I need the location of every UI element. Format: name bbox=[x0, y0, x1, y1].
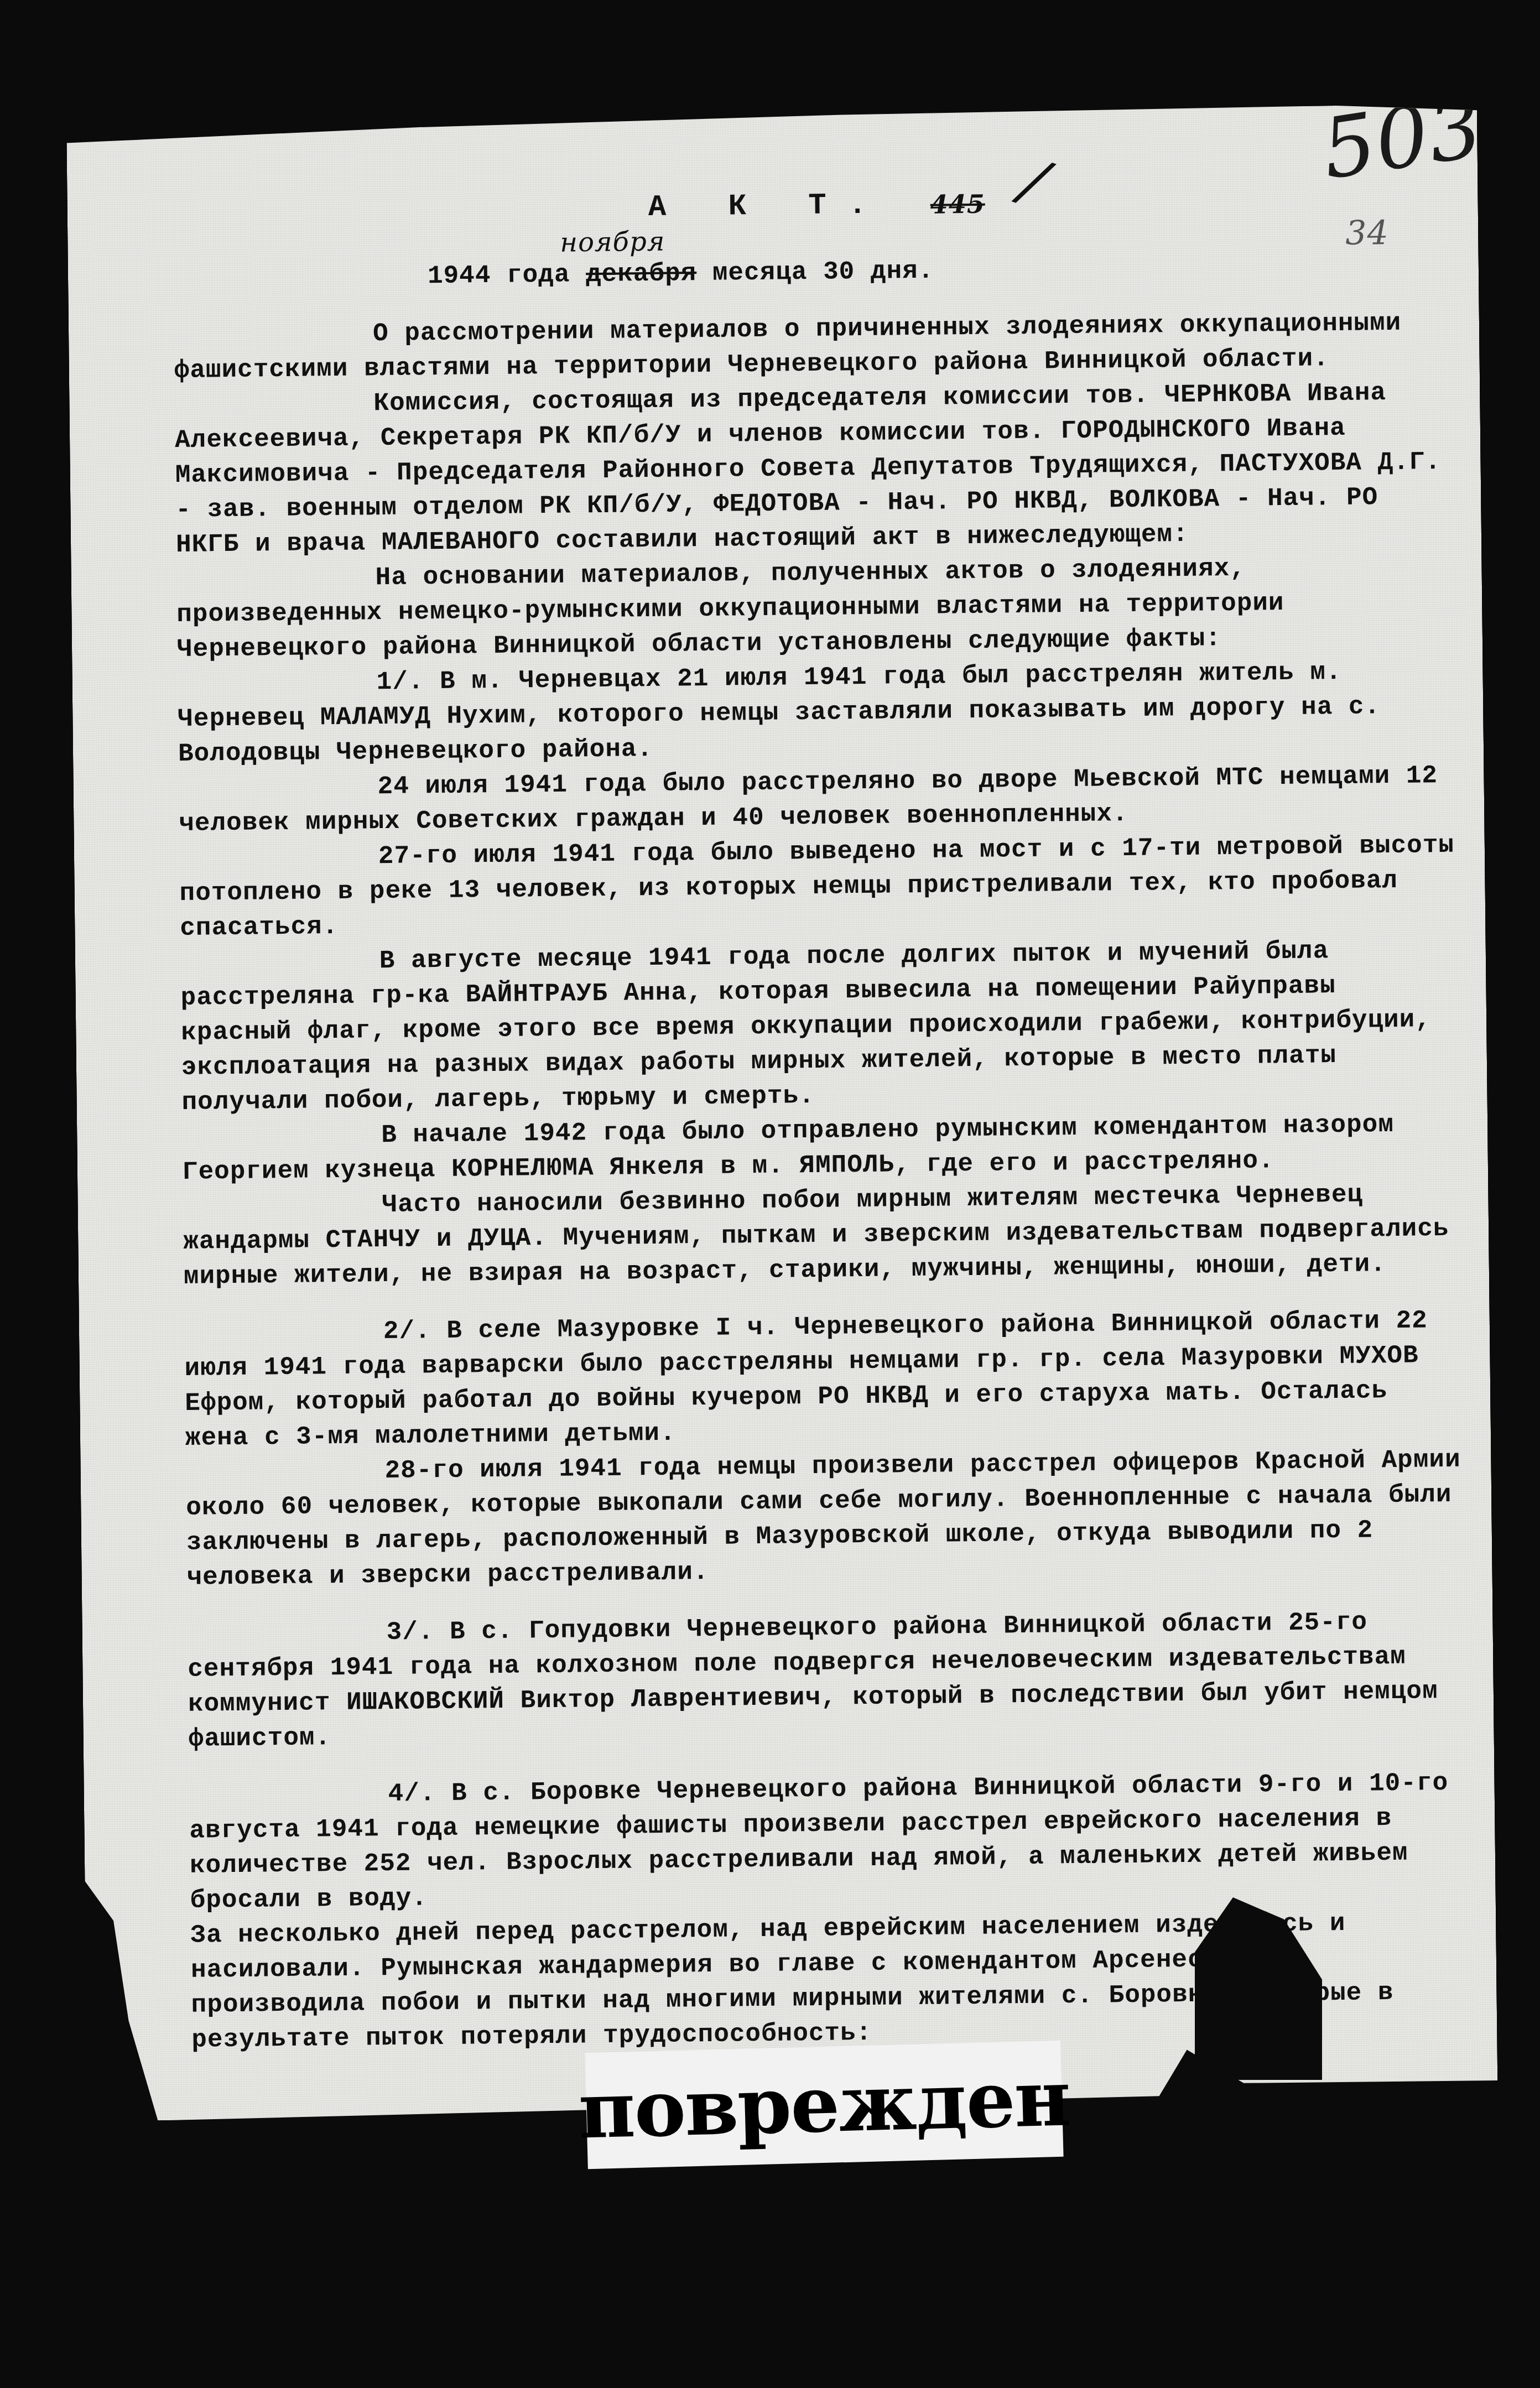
paragraph-item-1d: В августе месяце 1941 года после долгих … bbox=[180, 933, 1460, 1120]
archive-sub-number: 34 bbox=[1345, 216, 1389, 251]
paragraph-item-2: 2/. В селе Мазуровке I ч. Черневецкого р… bbox=[184, 1303, 1464, 1456]
paragraph-item-1c: 27-го июля 1941 года было выведено на мо… bbox=[179, 828, 1458, 946]
paragraph-basis: На основании материалов, полученных акто… bbox=[176, 549, 1455, 667]
paragraph-item-3: 3/. В с. Гопудовки Черневецкого района В… bbox=[187, 1604, 1466, 1757]
paragraph-item-1b: 24 июля 1941 года было расстреляно во дв… bbox=[178, 758, 1456, 841]
date-rest: месяца 30 дня. bbox=[712, 257, 934, 288]
paragraph-item-2b: 28-го июля 1941 года немцы произвели рас… bbox=[185, 1443, 1465, 1595]
paragraph-item-1f: Часто наносили безвинно побои мирным жит… bbox=[183, 1177, 1461, 1294]
document-title: А К Т. bbox=[648, 188, 888, 225]
damaged-stamp: поврежден bbox=[585, 2041, 1063, 2169]
struck-number: 445 bbox=[930, 187, 985, 222]
archive-folio-number: 503 bbox=[1320, 110, 1484, 168]
paragraph-item-1e: В начале 1942 года было отправлено румын… bbox=[182, 1107, 1460, 1190]
date-struck-month: декабря bbox=[586, 259, 697, 289]
handwritten-mark: / bbox=[1019, 162, 1050, 201]
damaged-stamp-text: поврежден bbox=[577, 2053, 1071, 2156]
handwritten-month-correction: ноября bbox=[560, 225, 665, 261]
document-page: А К Т. 445 / 503 34 ноября 1944 года дек… bbox=[66, 104, 1498, 2121]
document-body: А К Т. 445 / 503 34 ноября 1944 года дек… bbox=[172, 182, 1469, 2058]
paragraph-commission: Комиссия, состоящая из председателя коми… bbox=[174, 375, 1454, 563]
paragraph-intro: О рассмотрении материалов о причиненных … bbox=[174, 305, 1452, 388]
paragraph-item-4: 4/. В с. Боровке Черневецкого района Вин… bbox=[189, 1766, 1468, 1918]
header-row: А К Т. 445 / 503 34 bbox=[172, 182, 1450, 262]
paragraph-item-1: 1/. В м. Черневцах 21 июля 1941 года был… bbox=[177, 654, 1456, 772]
date-year: 1944 года bbox=[428, 260, 570, 290]
